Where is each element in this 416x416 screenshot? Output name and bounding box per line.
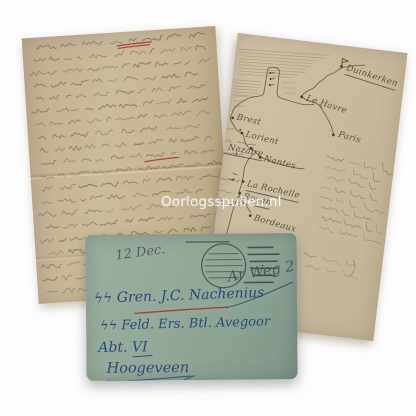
name-red-underline xyxy=(134,307,228,313)
address-line-city: Hoogeveen xyxy=(106,360,189,377)
notes-brace xyxy=(350,260,356,276)
address-line-abt: Abt. VI xyxy=(98,339,147,355)
abt-underline xyxy=(132,355,152,357)
envelope: 12 Dec. Ar Weg 21 ϟϟ Gren. J.C. Nacheniu… xyxy=(85,233,297,381)
product-photo: Duinkerken Le Havre Paris Brest Lorient … xyxy=(0,0,416,416)
site-watermark: Oorlogsspullen.nl xyxy=(161,194,282,210)
